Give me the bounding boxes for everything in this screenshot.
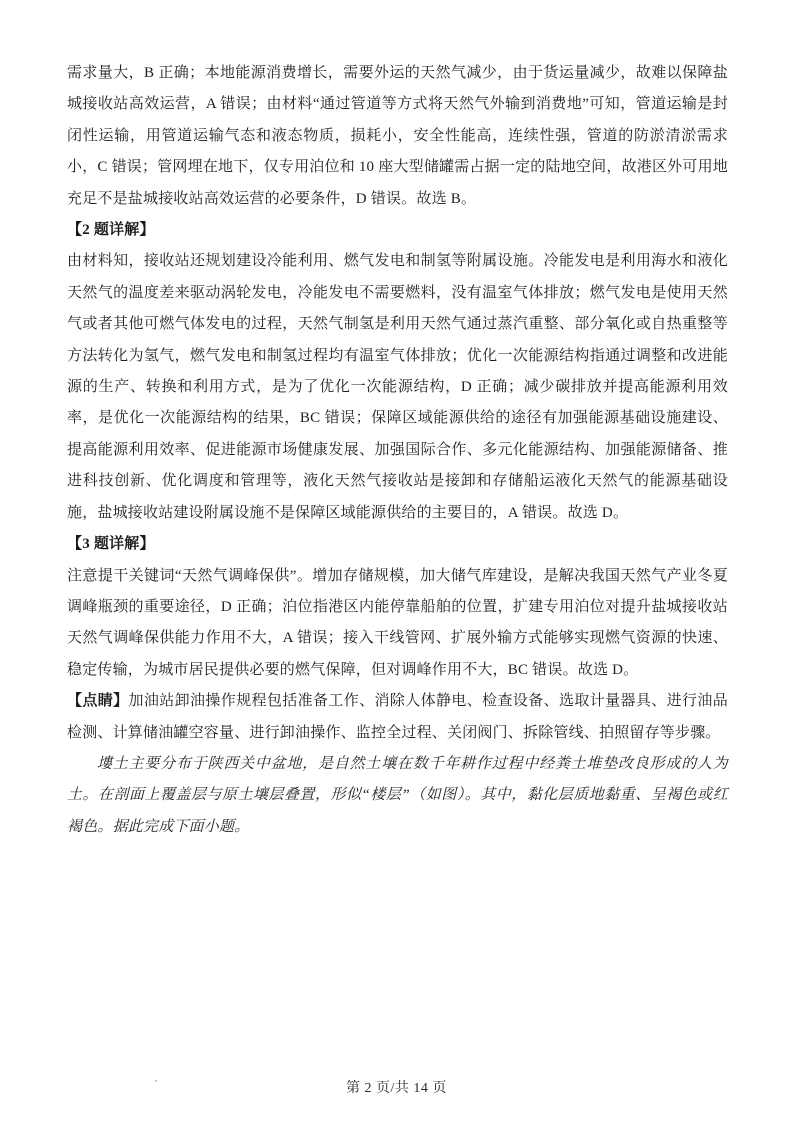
section-heading-q3: 【3 题详解】 bbox=[67, 529, 728, 560]
page-content: 需求量大，B 正确；本地能源消费增长，需要外运的天然气减少，由于货运量减少，故难… bbox=[67, 58, 728, 843]
answer-paragraph-q2: 由材料知，接收站还规划建设冷能利用、燃气发电和制氢等附属设施。冷能发电是利用海水… bbox=[67, 246, 728, 529]
answer-paragraph-q3: 注意提干关键词“天然气调峰保供”。增加存储规模，加大储气库建设，是解决我国天然气… bbox=[67, 561, 728, 687]
pointer-paragraph: 【点睛】加油站卸油操作规程包括准备工作、消除人体静电、检查设备、选取计量器具、进… bbox=[67, 686, 728, 749]
document-page: 需求量大，B 正确；本地能源消费增长，需要外运的天然气减少，由于货运量减少，故难… bbox=[0, 0, 793, 1122]
section-heading-q2: 【2 题详解】 bbox=[67, 215, 728, 246]
material-paragraph-loutu: 塿土主要分布于陕西关中盆地，是自然土壤在数千年耕作过程中经粪土堆垫改良形成的人为… bbox=[67, 749, 728, 843]
page-number-footer: 第 2 页/共 14 页 bbox=[0, 1077, 793, 1097]
pointer-text: 加油站卸油操作规程包括准备工作、消除人体静电、检查设备、选取计量器具、进行油品检… bbox=[67, 693, 728, 740]
answer-paragraph-q1-continuation: 需求量大，B 正确；本地能源消费增长，需要外运的天然气减少，由于货运量减少，故难… bbox=[67, 58, 728, 215]
pointer-label: 【点睛】 bbox=[67, 693, 129, 709]
